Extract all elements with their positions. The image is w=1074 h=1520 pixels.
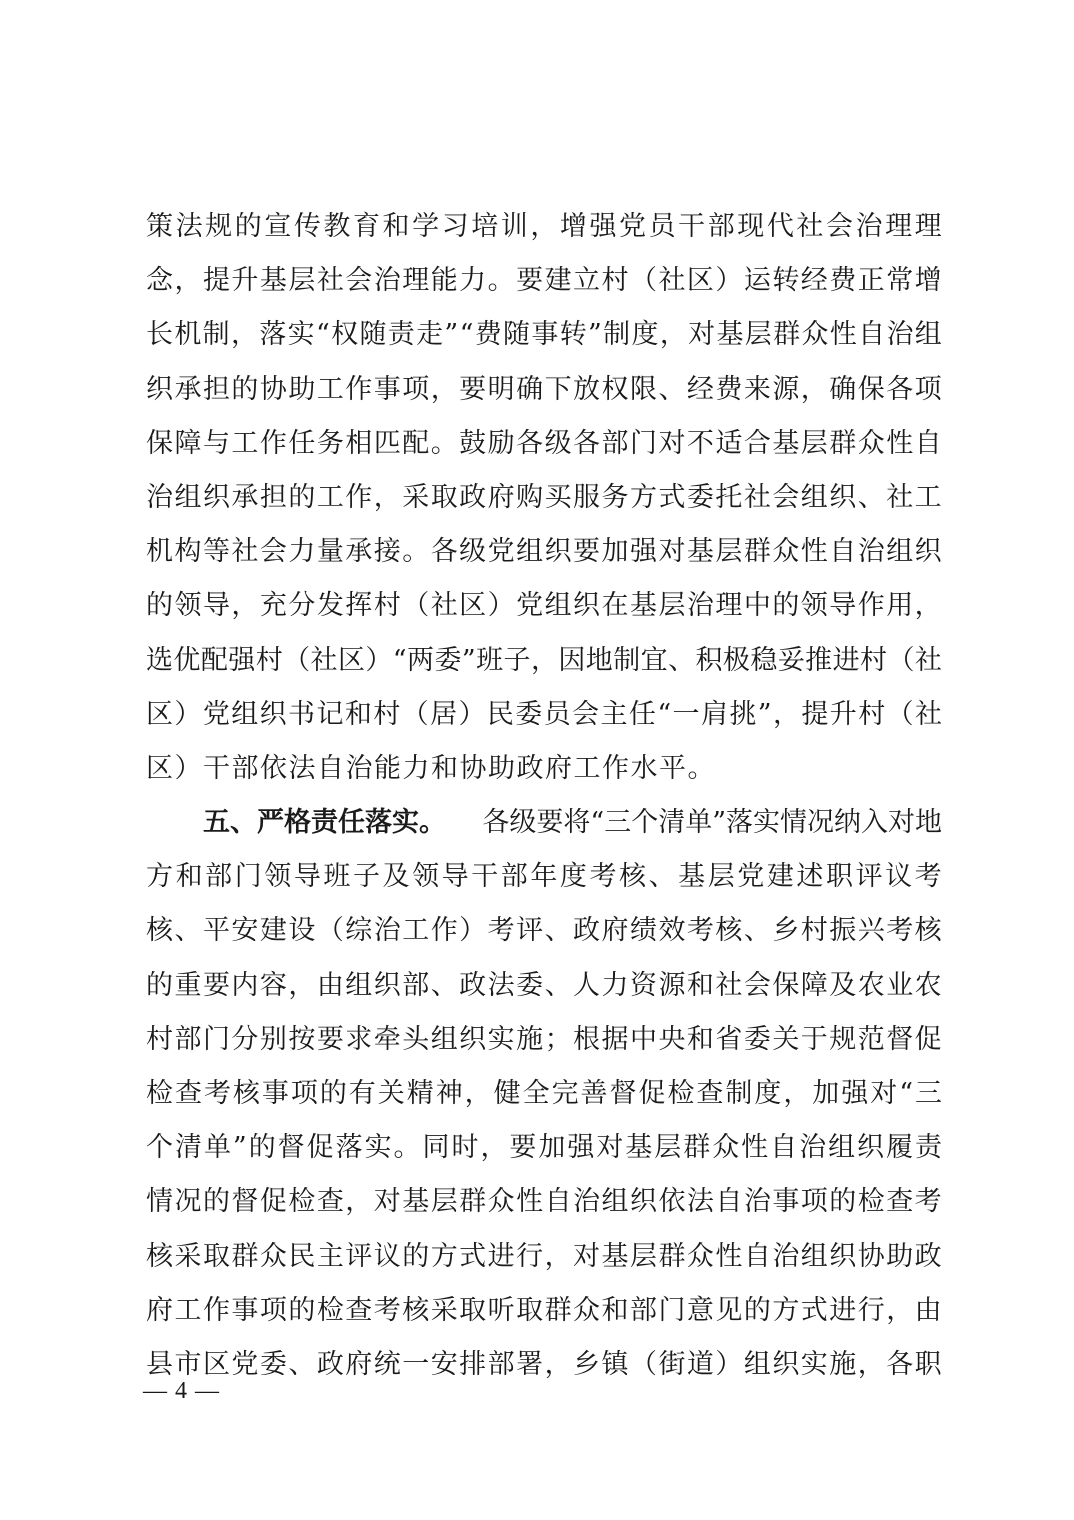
text-line: 保障与工作任务相匹配。鼓励各级各部门对不适合基层群众性自: [146, 422, 942, 476]
text-line: 念，提升基层社会治理能力。要建立村（社区）运转经费正常增: [146, 259, 942, 313]
text-line: 治组织承担的工作，采取政府购买服务方式委托社会组织、社工: [146, 476, 942, 530]
text-line: 检查考核事项的有关精神，健全完善督促检查制度，加强对“三: [146, 1072, 942, 1126]
text-line: 核、平安建设（综治工作）考评、政府绩效考核、乡村振兴考核: [146, 909, 942, 963]
document-body: 策法规的宣传教育和学习培训，增强党员干部现代社会治理理 念，提升基层社会治理能力…: [146, 205, 942, 1397]
text-line: 织承担的协助工作事项，要明确下放权限、经费来源，确保各项: [146, 368, 942, 422]
text-line: 的重要内容，由组织部、政法委、人力资源和社会保障及农业农: [146, 964, 942, 1018]
text-line: 区）干部依法自治能力和协助政府工作水平。: [146, 747, 942, 801]
section-heading: 五、严格责任落实。: [203, 801, 446, 855]
text-line: 区）党组织书记和村（居）民委员会主任“一肩挑”，提升村（社: [146, 693, 942, 747]
text-line: 机构等社会力量承接。各级党组织要加强对基层群众性自治组织: [146, 530, 942, 584]
text-line: 策法规的宣传教育和学习培训，增强党员干部现代社会治理理: [146, 205, 942, 259]
text-line: 村部门分别按要求牵头组织实施；根据中央和省委关于规范督促: [146, 1018, 942, 1072]
text-line: 个清单”的督促落实。同时，要加强对基层群众性自治组织履责: [146, 1126, 942, 1180]
section-first-line-text: 各级要将“三个清单”落实情况纳入对地: [482, 801, 942, 855]
text-line: 县市区党委、政府统一安排部署，乡镇（街道）组织实施，各职: [146, 1343, 942, 1397]
text-line: 方和部门领导班子及领导干部年度考核、基层党建述职评议考: [146, 855, 942, 909]
section-heading-line: 五、严格责任落实。各级要将“三个清单”落实情况纳入对地: [146, 801, 942, 855]
document-page: 策法规的宣传教育和学习培训，增强党员干部现代社会治理理 念，提升基层社会治理能力…: [0, 0, 1074, 1520]
text-line: 核采取群众民主评议的方式进行，对基层群众性自治组织协助政: [146, 1235, 942, 1289]
text-line: 府工作事项的检查考核采取听取群众和部门意见的方式进行，由: [146, 1289, 942, 1343]
text-line: 情况的督促检查，对基层群众性自治组织依法自治事项的检查考: [146, 1180, 942, 1234]
text-line: 长机制，落实“权随责走”“费随事转”制度，对基层群众性自治组: [146, 313, 942, 367]
text-line: 的领导，充分发挥村（社区）党组织在基层治理中的领导作用，: [146, 584, 942, 638]
text-line: 选优配强村（社区）“两委”班子，因地制宜、积极稳妥推进村（社: [146, 639, 942, 693]
page-number: — 4 —: [143, 1378, 220, 1405]
